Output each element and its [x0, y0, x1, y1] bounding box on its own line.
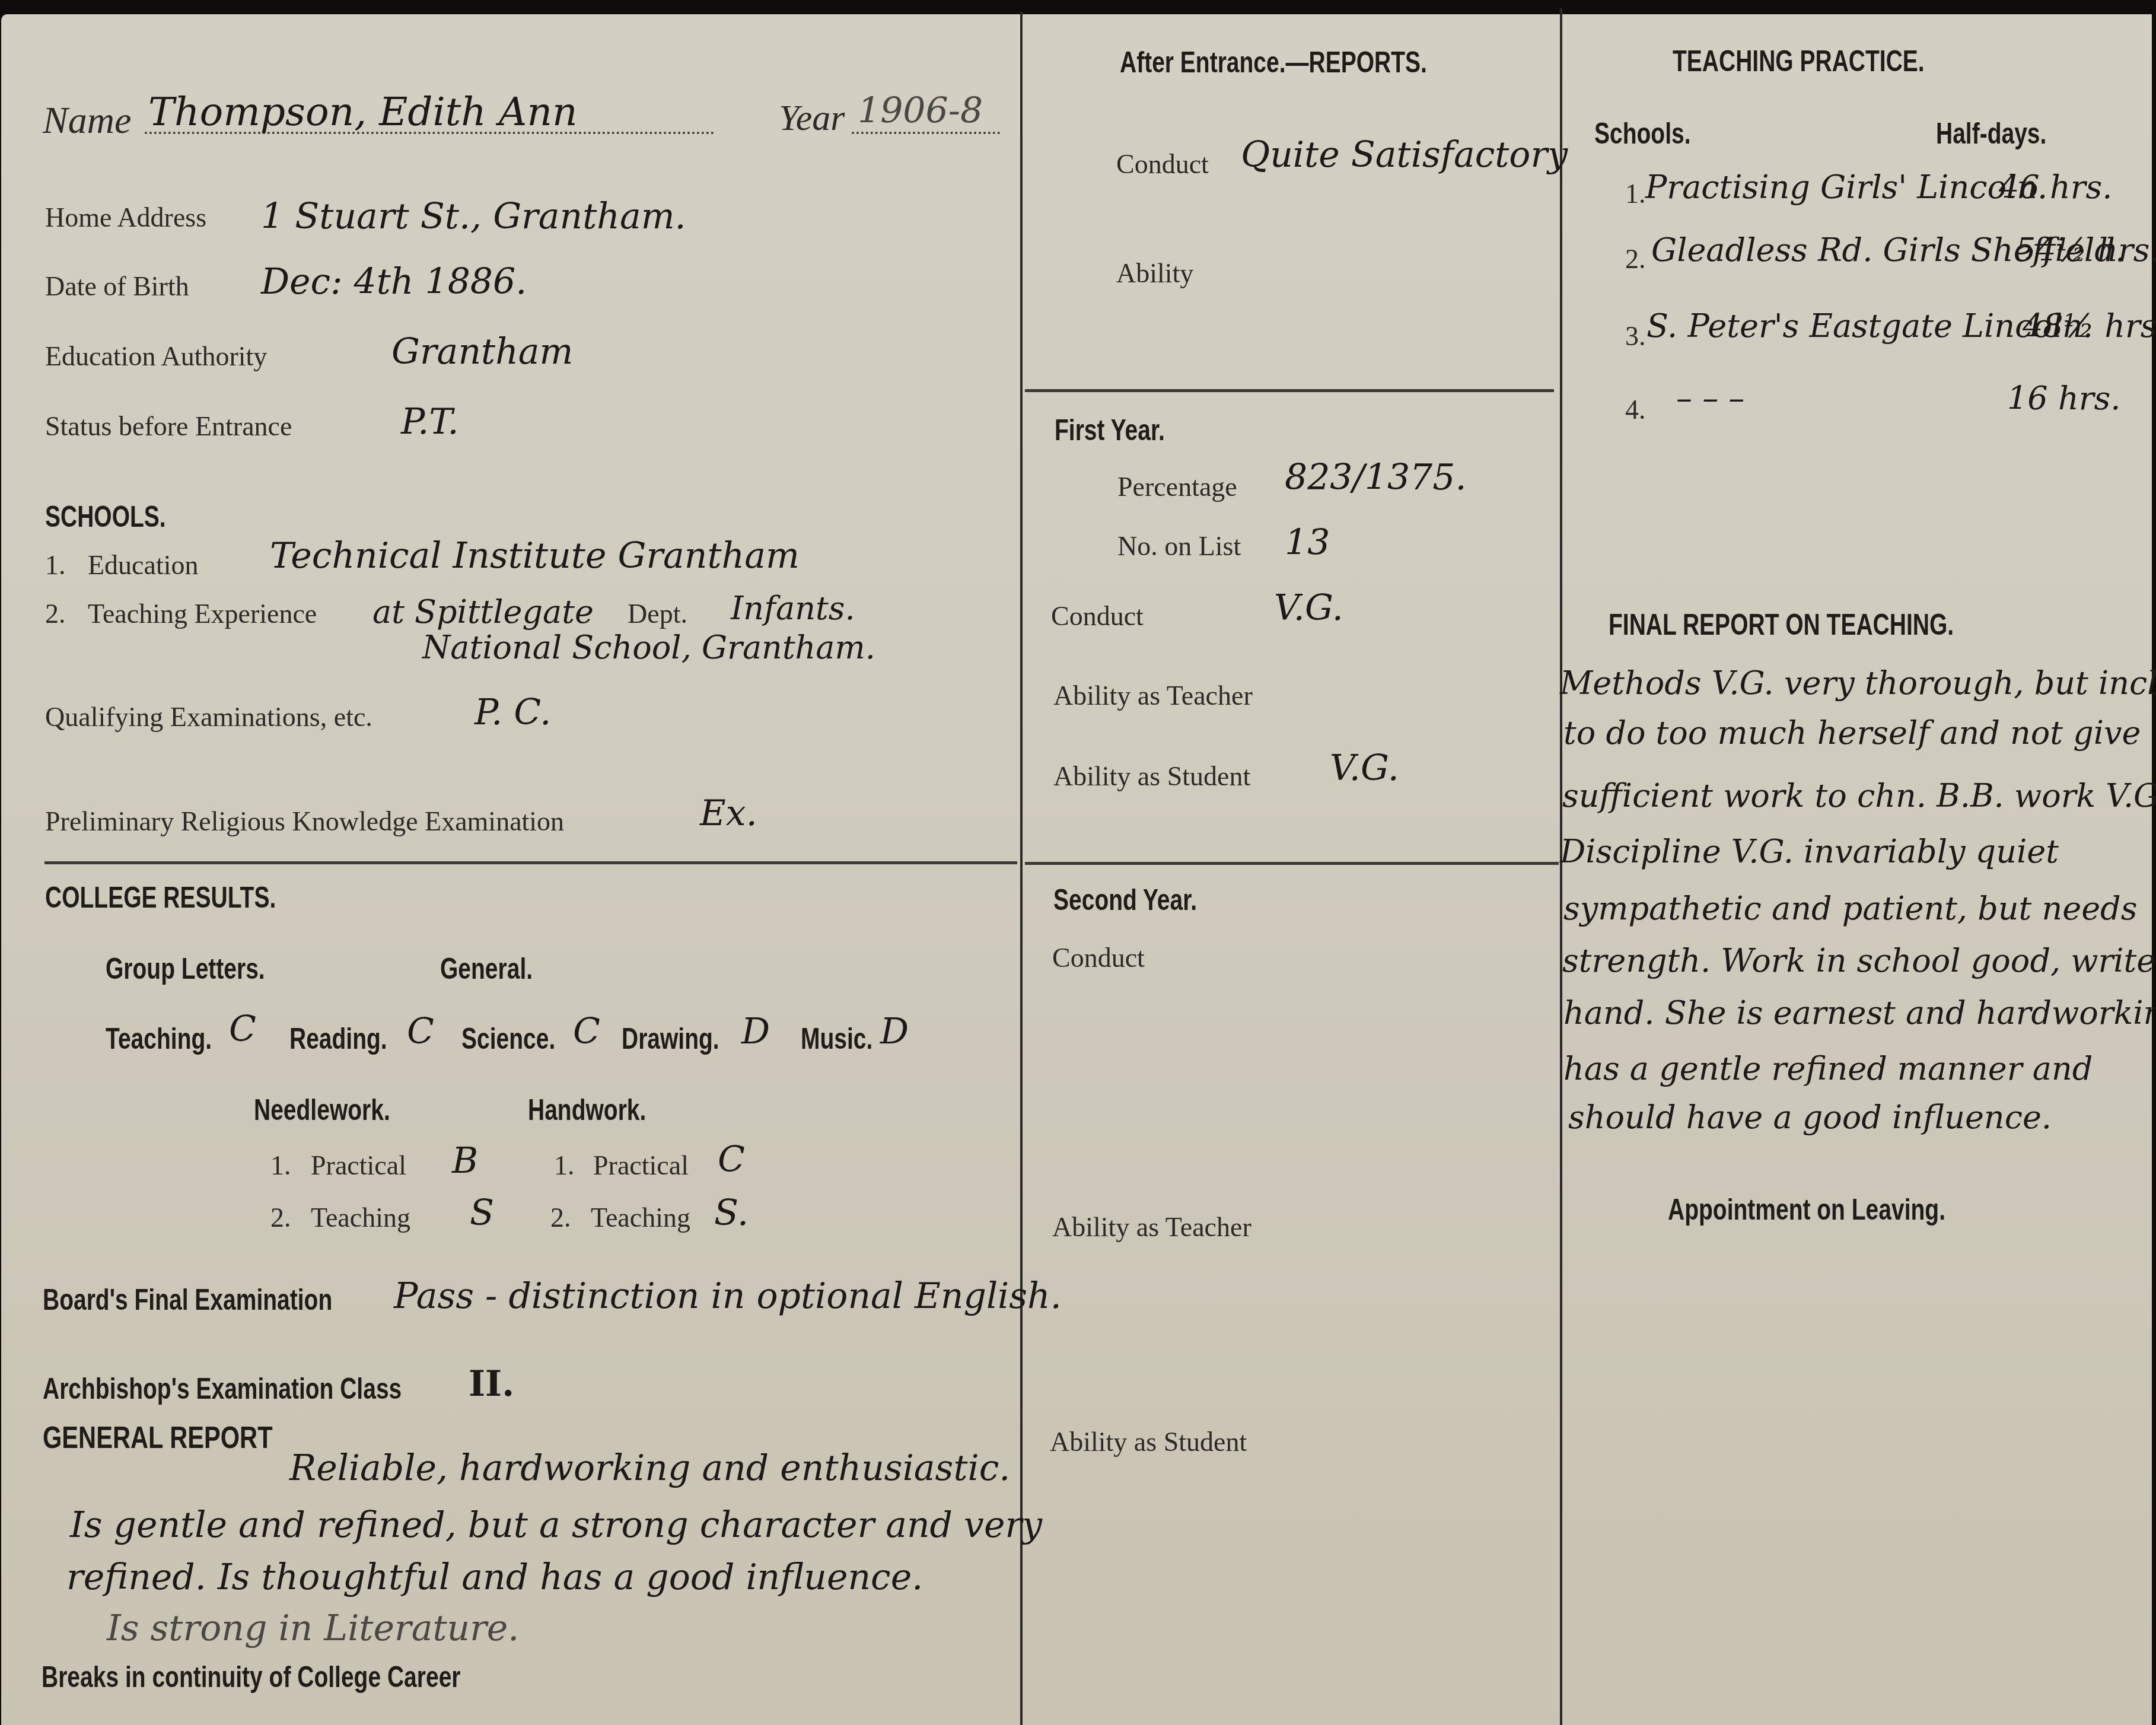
tp-row-2-num: 2.: [1625, 243, 1646, 275]
final-report-heading: FINAL REPORT ON TEACHING.: [1609, 607, 1954, 642]
tp-row-1-hours[interactable]: 46 hrs.: [1999, 168, 2112, 206]
tp-row-4-school[interactable]: – – –: [1676, 380, 1744, 417]
schools-education-label: Education: [88, 549, 199, 581]
general-label: General.: [440, 951, 533, 986]
status-field[interactable]: P.T.: [401, 401, 459, 443]
handwork-practical-label: Practical: [593, 1150, 689, 1181]
dob-field[interactable]: Dec: 4th 1886.: [261, 261, 527, 303]
handwork-practical-grade[interactable]: C: [718, 1139, 745, 1180]
name-field[interactable]: Thompson, Edith Ann: [148, 89, 577, 135]
subject-reading-label: Reading.: [289, 1021, 387, 1056]
final-report-line-2[interactable]: to do too much herself and not give: [1563, 714, 2141, 752]
general-report-line-3[interactable]: refined. Is thoughtful and has a good in…: [66, 1557, 923, 1598]
first-year-conduct-field[interactable]: V.G.: [1274, 587, 1343, 629]
education-authority-label: Education Authority: [45, 340, 267, 372]
first-year-conduct-label: Conduct: [1051, 600, 1144, 632]
subject-drawing-grade[interactable]: D: [741, 1011, 770, 1052]
tp-row-1-num: 1.: [1625, 178, 1646, 209]
final-report-line-7[interactable]: hand. She is earnest and hardworking: [1563, 994, 2156, 1032]
appointment-on-leaving-label: Appointment on Leaving.: [1668, 1192, 1945, 1227]
archbishop-label: Archbishop's Examination Class: [43, 1371, 402, 1406]
first-year-percentage-label: Percentage: [1117, 471, 1237, 502]
status-label: Status before Entrance: [45, 410, 292, 442]
teaching-practice-schools-label: Schools.: [1594, 116, 1691, 151]
general-report-heading: GENERAL REPORT: [43, 1420, 273, 1456]
general-report-line-2[interactable]: Is gentle and refined, but a strong char…: [70, 1504, 1042, 1546]
schools-teaching-label: Teaching Experience: [88, 598, 317, 629]
boards-final-field[interactable]: Pass - distinction in optional English.: [394, 1275, 1062, 1317]
first-year-ability-teacher-label: Ability as Teacher: [1053, 680, 1253, 711]
schools-education-field[interactable]: Technical Institute Grantham: [270, 535, 800, 577]
first-year-percentage-field[interactable]: 823/1375.: [1285, 457, 1467, 498]
subject-teaching-grade[interactable]: C: [229, 1008, 256, 1050]
final-report-line-1[interactable]: Methods V.G. very thorough, but inclined: [1560, 664, 2156, 702]
qualifying-label: Qualifying Examinations, etc.: [45, 701, 372, 733]
breaks-label: Breaks in continuity of College Career: [42, 1660, 461, 1694]
second-year-conduct-label: Conduct: [1052, 942, 1145, 973]
prelim-rk-label: Preliminary Religious Knowledge Examinat…: [45, 806, 564, 837]
first-year-ability-student-field[interactable]: V.G.: [1330, 747, 1399, 789]
second-year-heading: Second Year.: [1053, 883, 1197, 917]
general-report-line-4[interactable]: Is strong in Literature.: [107, 1608, 519, 1649]
column-divider-left: [1020, 12, 1023, 1725]
schools-dept-label: Dept.: [628, 598, 687, 629]
final-report-line-6[interactable]: strength. Work in school good, writes: [1562, 942, 2156, 979]
handwork-teaching-label: Teaching: [591, 1202, 690, 1233]
final-report-line-9[interactable]: should have a good influence.: [1568, 1099, 2052, 1136]
name-label: Name: [43, 98, 131, 142]
needlework-teaching-label: Teaching: [311, 1202, 410, 1233]
second-year-ability-student-label: Ability as Student: [1050, 1426, 1247, 1457]
divider-first-year: [1025, 389, 1554, 392]
first-year-no-on-list-field[interactable]: 13: [1285, 522, 1330, 564]
divider-second-year: [1025, 862, 1559, 865]
boards-final-label: Board's Final Examination: [43, 1282, 332, 1317]
needlework-teaching-num: 2.: [270, 1202, 291, 1233]
qualifying-field[interactable]: P. C.: [474, 692, 551, 733]
subject-science-grade[interactable]: C: [573, 1011, 600, 1052]
tp-row-4-num: 4.: [1625, 394, 1646, 425]
needlework-practical-num: 1.: [270, 1150, 291, 1181]
needlework-practical-grade[interactable]: B: [452, 1140, 478, 1182]
schools-education-num: 1.: [45, 549, 66, 581]
first-year-ability-student-label: Ability as Student: [1053, 760, 1250, 792]
home-address-field[interactable]: 1 Stuart St., Grantham.: [261, 196, 686, 237]
reports-conduct-label: Conduct: [1116, 148, 1209, 180]
schools-dept-field[interactable]: Infants.: [731, 590, 855, 627]
home-address-label: Home Address: [45, 202, 206, 233]
schools-teaching-num: 2.: [45, 598, 66, 629]
final-report-line-8[interactable]: has a gentle refined manner and: [1563, 1050, 2093, 1087]
subject-reading-grade[interactable]: C: [407, 1011, 434, 1052]
needlework-teaching-grade[interactable]: S: [470, 1192, 494, 1234]
tp-row-1-school[interactable]: Practising Girls' Lincoln.: [1645, 168, 2047, 206]
schools-heading: SCHOOLS.: [45, 499, 166, 534]
tp-row-3-num: 3.: [1625, 320, 1646, 352]
general-report-line-1[interactable]: Reliable, hardworking and enthusiastic.: [289, 1447, 1010, 1489]
handwork-teaching-grade[interactable]: S.: [714, 1192, 749, 1234]
education-authority-field[interactable]: Grantham: [391, 331, 573, 373]
needlework-practical-label: Practical: [311, 1150, 406, 1181]
handwork-practical-num: 1.: [554, 1150, 575, 1181]
schools-teaching-field-line2[interactable]: National School, Grantham.: [422, 629, 875, 666]
subject-science-label: Science.: [461, 1021, 555, 1056]
final-report-line-3[interactable]: sufficient work to chn. B.B. work V.G.: [1562, 777, 2156, 814]
year-label: Year: [779, 97, 845, 139]
year-field[interactable]: 1906-8: [858, 90, 983, 132]
group-letters-label: Group Letters.: [106, 951, 265, 986]
subject-music-label: Music.: [801, 1021, 872, 1056]
subject-music-grade[interactable]: D: [880, 1011, 909, 1052]
reports-conduct-field[interactable]: Quite Satisfactory: [1241, 134, 1568, 176]
tp-row-2-hours[interactable]: 54½ hrs.: [2015, 231, 2156, 269]
college-results-heading: COLLEGE RESULTS.: [45, 880, 276, 915]
handwork-teaching-num: 2.: [550, 1202, 571, 1233]
archbishop-field[interactable]: II.: [469, 1363, 514, 1405]
needlework-label: Needlework.: [254, 1093, 390, 1127]
subject-drawing-label: Drawing.: [622, 1021, 719, 1056]
second-year-ability-teacher-label: Ability as Teacher: [1052, 1211, 1251, 1243]
final-report-line-5[interactable]: sympathetic and patient, but needs: [1563, 890, 2137, 927]
first-year-no-on-list-label: No. on List: [1117, 530, 1241, 562]
first-year-heading: First Year.: [1055, 413, 1165, 447]
divider-college-results: [44, 861, 1017, 864]
final-report-line-4[interactable]: Discipline V.G. invariably quiet: [1560, 833, 2059, 870]
year-field-line: [852, 132, 1000, 134]
teaching-practice-halfdays-label: Half-days.: [1936, 116, 2046, 151]
schools-teaching-field[interactable]: at Spittlegate: [372, 593, 594, 631]
reports-heading: After Entrance.—REPORTS.: [1120, 45, 1427, 79]
prelim-rk-field[interactable]: Ex.: [700, 793, 757, 834]
handwork-label: Handwork.: [528, 1093, 646, 1127]
reports-ability-label: Ability: [1116, 257, 1193, 289]
tp-row-4-hours[interactable]: 16 hrs.: [2007, 380, 2120, 417]
dob-label: Date of Birth: [45, 270, 189, 302]
tp-row-3-hours[interactable]: 48½ hrs.: [2023, 307, 2156, 345]
teaching-practice-heading: TEACHING PRACTICE.: [1673, 44, 1925, 78]
subject-teaching-label: Teaching.: [106, 1021, 212, 1056]
